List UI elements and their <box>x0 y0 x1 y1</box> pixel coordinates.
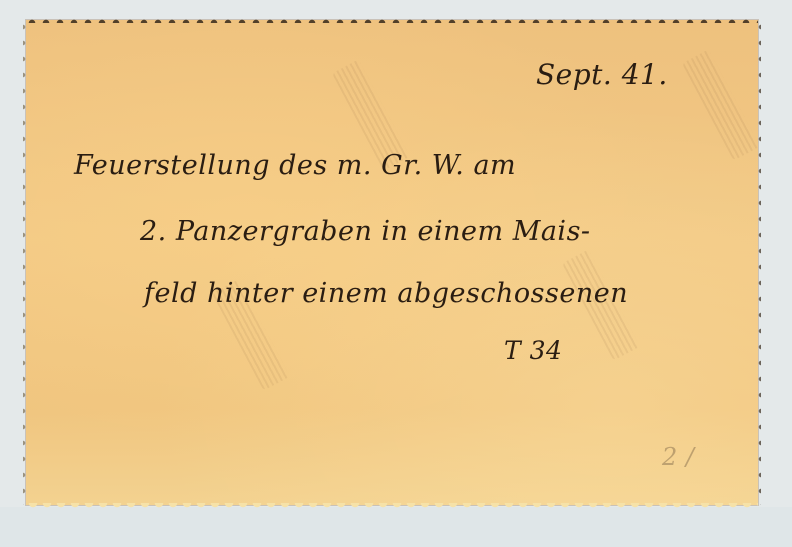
photo-card-back: Sept. 41. Feuerstellung des m. Gr. W. am… <box>26 20 758 505</box>
handwritten-date: Sept. 41. <box>536 58 668 91</box>
handwritten-line-2: 2. Panzergraben in einem Mais- <box>140 216 591 247</box>
handwritten-line-1: Feuerstellung des m. Gr. W. am <box>74 150 516 181</box>
faint-pencil-mark: 2 / <box>662 443 694 471</box>
faint-stamp <box>682 49 760 160</box>
handwritten-line-3: feld hinter einem abgeschossenen <box>144 278 628 309</box>
scan-background <box>0 507 792 547</box>
handwritten-line-4: T 34 <box>504 336 562 365</box>
scalloped-edge-left <box>23 20 29 505</box>
scalloped-edge-right <box>755 20 761 505</box>
